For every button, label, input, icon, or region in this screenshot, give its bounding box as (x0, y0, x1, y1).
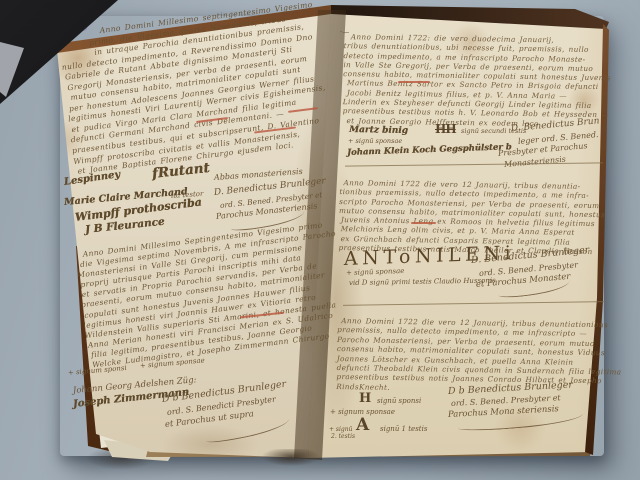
sponsa-cross-mark: + signū sponsae (348, 137, 402, 145)
witness-mark-label: signū 1 testis (380, 425, 427, 433)
witness-A-mark: A (356, 415, 369, 435)
gutter-bottom-shadow (262, 449, 320, 466)
marriage-entry: Anno Domini Millesimo Septingentesimo Vi… (74, 219, 348, 371)
witness-mark-label: 2. testis (331, 433, 355, 440)
marriage-entry: Anno Domini Millesimo septingentesimo Vi… (57, 0, 332, 178)
sponsus-mark-label: signū sponsi (377, 397, 421, 405)
manuscript-photo: Anno Domini Millesimo septingentesimo Vi… (0, 0, 640, 480)
sponsus-mark: H (359, 391, 371, 406)
signature-groom: Martz binig (349, 125, 408, 136)
witness-cross-mark: + signū (329, 426, 353, 433)
marriage-entry: Anno Domini 1722: die vero duodecima Jan… (342, 32, 611, 129)
witness-hatch-mark: HH (435, 122, 456, 136)
margin-dot-mark: ·— (340, 28, 349, 36)
red-underline-mark (411, 222, 436, 224)
red-underline-mark (398, 81, 430, 83)
